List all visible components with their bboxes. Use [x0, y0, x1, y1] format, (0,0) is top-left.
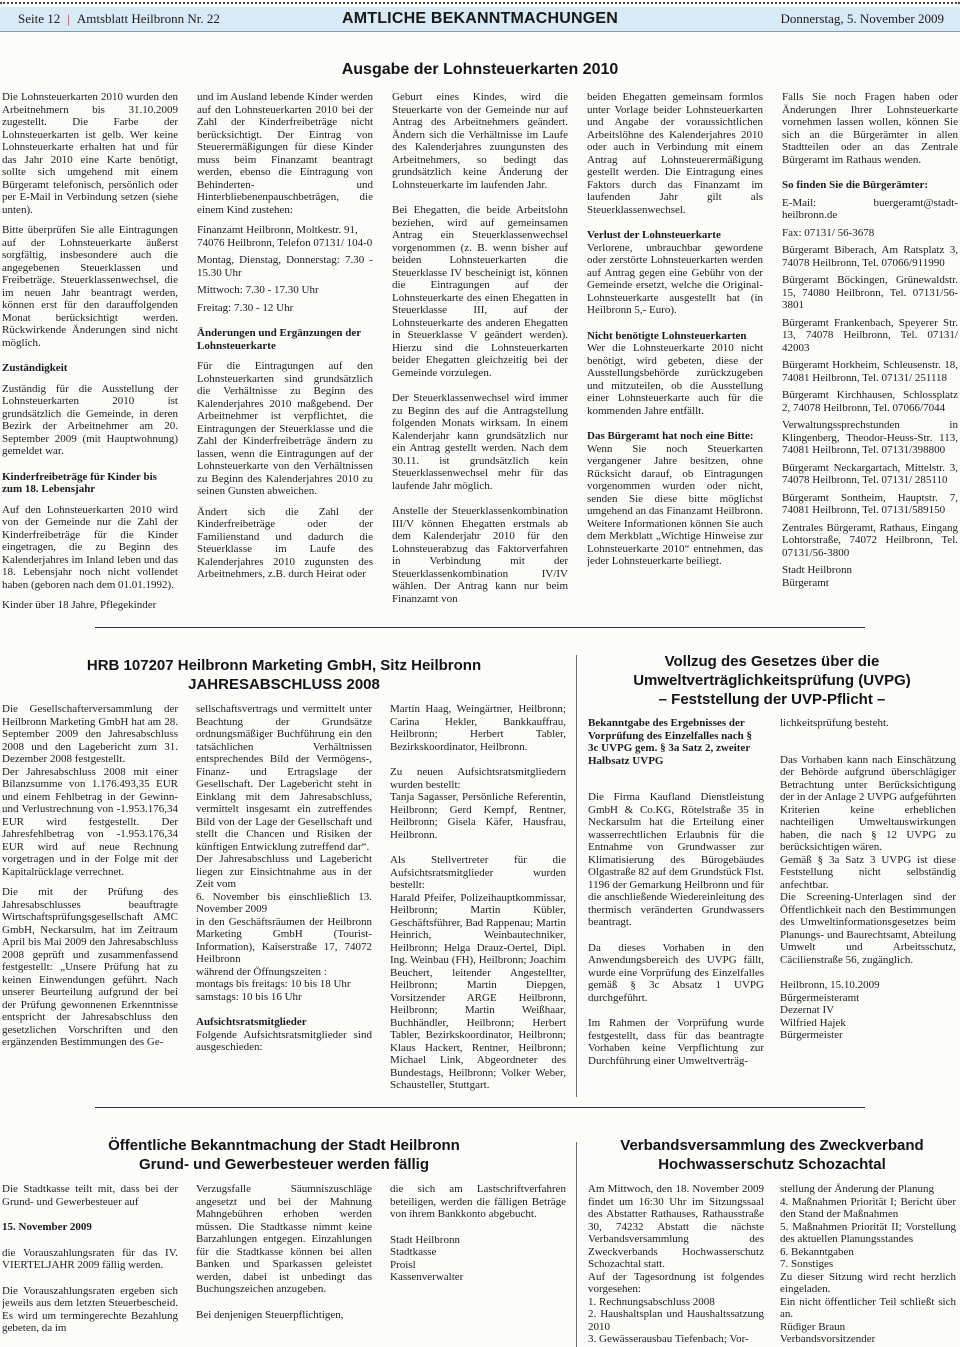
- article-title-line1: Öffentliche Bekanntmachung der Stadt Hei…: [2, 1136, 566, 1155]
- signature-line: Stadt Heilbronn: [390, 1234, 566, 1247]
- article-columns: Die Lohnsteuerkarten 2010 wurden den Arb…: [2, 91, 958, 621]
- paragraph: Bitte überprüfen Sie alle Eintragungen a…: [2, 224, 178, 349]
- office-entry: Zentrales Bürgeramt, Rathaus, Eingang Lo…: [782, 522, 958, 560]
- signature-line: Kassenverwalter: [390, 1271, 566, 1284]
- address-line: Finanzamt Heilbronn, Moltkestr. 91,: [197, 224, 373, 237]
- paragraph: Die Lohnsteuerkarten 2010 wurden den Arb…: [2, 91, 178, 216]
- subheading: Änderungen und Ergänzungen der Lohnsteue…: [197, 327, 373, 352]
- signature-line: Heilbronn, 15.10.2009: [780, 979, 956, 992]
- article-title-line1: Verbandsversammlung des Zweckverband: [588, 1136, 956, 1155]
- paragraph: Falls Sie noch Fragen haben oder Änderun…: [782, 91, 958, 166]
- paragraph: Zuständig für die Ausstellung der Lohnst…: [2, 383, 178, 458]
- signature-line: Bürgeramt: [782, 577, 958, 590]
- office-entry: Bürgeramt Frankenbach, Speyerer Str. 13,…: [782, 317, 958, 355]
- paragraph: Die Stadtkasse teilt mit, dass bei der G…: [2, 1183, 178, 1208]
- paragraph: Anstelle der Steuerklassenkombination II…: [392, 505, 568, 605]
- paragraph: Tanja Sagasser, Persönliche Referentin, …: [390, 791, 566, 841]
- office-entry: Verwaltungssprechstunden in Klingenberg,…: [782, 419, 958, 457]
- paragraph: Harald Pfeifer, Polizeihauptkommissar, H…: [390, 892, 566, 1092]
- opening-hours: samstags: 10 bis 16 Uhr: [196, 991, 372, 1004]
- paragraph: Geburt eines Kindes, wird die Steuerkart…: [392, 91, 568, 191]
- paragraph: Da dieses Vorhaben in den Anwendungsbere…: [588, 942, 764, 1005]
- paragraph: Das Vorhaben kann nach Einschätzung der …: [780, 754, 956, 854]
- office-entry: Bürgeramt Horkheim, Schleusenstr. 18, 74…: [782, 359, 958, 384]
- column-2: stellung der Änderung der Planung 4. Maß…: [780, 1183, 956, 1347]
- subheading: Aufsichtsratsmitglieder: [196, 1016, 372, 1029]
- article-lohnsteuerkarten: Ausgabe der Lohnsteuerkarten 2010 Die Lo…: [2, 60, 958, 621]
- signature-line: Proisl: [390, 1259, 566, 1272]
- article-title: Ausgabe der Lohnsteuerkarten 2010: [2, 60, 958, 80]
- paragraph: Kinder über 18 Jahre, Pflegekinder: [2, 599, 178, 612]
- paragraph: Der Jahresabschluss und Lagebericht lieg…: [196, 853, 372, 891]
- article-columns: Am Mittwoch, den 18. November 2009 finde…: [588, 1183, 956, 1347]
- contact-line: Fax: 07131/ 56-3678: [782, 227, 958, 240]
- column-2: sellschaftsvertrags und vermittelt unter…: [196, 703, 372, 1105]
- paragraph: Am Mittwoch, den 18. November 2009 finde…: [588, 1183, 764, 1271]
- article-title-block: Verbandsversammlung des Zweckverband Hoc…: [588, 1136, 956, 1174]
- paragraph: Gemäß § 3a Satz 3 UVPG ist diese Festste…: [780, 854, 956, 892]
- paragraph: in den Geschäftsräumen der Heilbronn Mar…: [196, 916, 372, 966]
- signature-line: Stadt Heilbronn: [782, 564, 958, 577]
- paragraph: Auf der Tagesordnung ist folgendes vorge…: [588, 1271, 764, 1296]
- signature-line: Dezernat IV: [780, 1004, 956, 1017]
- article-title-line2: Hochwasserschutz Schozachtal: [588, 1155, 956, 1174]
- article-title-block: HRB 107207 Heilbronn Marketing GmbH, Sit…: [2, 656, 566, 694]
- column-1: Die Gesellschafterversammlung der Heilbr…: [2, 703, 178, 1105]
- article-columns: Die Gesellschafterversammlung der Heilbr…: [2, 703, 566, 1105]
- vertical-rule: [576, 655, 577, 1097]
- agenda-item: stellung der Änderung der Planung: [780, 1183, 956, 1196]
- office-entry: Bürgeramt Neckargartach, Mittelstr. 3, 7…: [782, 462, 958, 487]
- article-title-line1: Vollzug des Gesetzes über die: [588, 652, 956, 671]
- paragraph: sellschaftsvertrags und vermittelt unter…: [196, 703, 372, 853]
- paragraph: Wer die Lohnsteuerkarte 2010 nicht benöt…: [587, 342, 763, 417]
- paragraph: Zu dieser Sitzung wird recht herzlich ei…: [780, 1271, 956, 1296]
- date-label: Donnerstag, 5. November 2009: [780, 11, 944, 27]
- article-title-line2: Grund- und Gewerbesteuer werden fällig: [2, 1155, 566, 1174]
- due-date: 15. November 2009: [2, 1221, 178, 1234]
- article-title-block: Öffentliche Bekanntmachung der Stadt Hei…: [2, 1136, 566, 1174]
- column-2: Verzugsfalle Säumniszuschläge angesetzt …: [196, 1183, 372, 1347]
- column-5: Falls Sie noch Fragen haben oder Änderun…: [782, 91, 958, 621]
- opening-hours: Montag, Dienstag, Donnerstag: 7.30 - 15.…: [197, 254, 373, 279]
- paragraph: und im Ausland lebende Kinder werden auf…: [197, 91, 373, 216]
- subheading: Kinderfreibeträge für Kinder bis zum 18.…: [2, 471, 178, 496]
- article-jahresabschluss: HRB 107207 Heilbronn Marketing GmbH, Sit…: [2, 656, 566, 1105]
- horizontal-rule: [95, 1107, 865, 1108]
- article-columns: Die Stadtkasse teilt mit, dass bei der G…: [2, 1183, 566, 1347]
- paragraph: Die mit der Prüfung des Jahresabschlusse…: [2, 886, 178, 1049]
- office-entry: Bürgeramt Böckingen, Grünewaldstr. 15, 7…: [782, 274, 958, 312]
- address-line: 74076 Heilbronn, Telefon 07131/ 104-0: [197, 237, 373, 250]
- paragraph: Martin Haag, Weingärtner, Heilbronn; Car…: [390, 703, 566, 753]
- article-title-block: Vollzug des Gesetzes über die Umweltvert…: [588, 652, 956, 709]
- paragraph: Im Rahmen der Vorprüfung wurde festgeste…: [588, 1017, 764, 1067]
- date-range-line: 6. November bis einschließlich 13. Novem…: [196, 891, 372, 916]
- paragraph: Der Jahresabschluss 2008 mit einer Bilan…: [2, 766, 178, 879]
- paragraph: beiden Ehegatten gemeinsam formlos unter…: [587, 91, 763, 216]
- page-header-band: Seite 12|Amtsblatt Heilbronn Nr. 22 AMTL…: [0, 7, 960, 32]
- agenda-item: 4. Maßnahmen Priorität I; Bericht über d…: [780, 1196, 956, 1221]
- office-entry: Bürgeramt Kirchhausen, Schlossplatz 2, 7…: [782, 389, 958, 414]
- paragraph: die Vorauszahlungsraten für das IV. VIER…: [2, 1247, 178, 1272]
- subheading: Bekanntgabe des Ergebnisses der Vorprüfu…: [588, 717, 764, 767]
- paragraph: Ändert sich die Zahl der Kinderfreibeträ…: [197, 506, 373, 581]
- opening-hours: während der Öffnungszeiten :: [196, 966, 372, 979]
- subheading: So finden Sie die Bürgerämter:: [782, 179, 958, 192]
- column-2: und im Ausland lebende Kinder werden auf…: [197, 91, 373, 621]
- office-entry: Bürgeramt Biberach, Am Ratsplatz 3, 7407…: [782, 244, 958, 269]
- paragraph: Verzugsfalle Säumniszuschläge angesetzt …: [196, 1183, 372, 1296]
- article-verbandsversammlung: Verbandsversammlung des Zweckverband Hoc…: [588, 1136, 956, 1347]
- agenda-item: 6. Bekanntgaben: [780, 1246, 956, 1259]
- article-title-line1: HRB 107207 Heilbronn Marketing GmbH, Sit…: [2, 656, 566, 675]
- article-uvpg: Vollzug des Gesetzes über die Umweltvert…: [588, 652, 956, 1105]
- signature-line: Rüdiger Braun: [780, 1321, 956, 1334]
- paragraph: Der Steuerklassenwechsel wird immer zu B…: [392, 392, 568, 492]
- opening-hours: Freitag: 7.30 - 12 Uhr: [197, 302, 373, 315]
- column-1: Bekanntgabe des Ergebnisses der Vorprüfu…: [588, 717, 764, 1105]
- agenda-item: 1. Rechnungsabschluss 2008: [588, 1296, 764, 1309]
- paragraph: Die Firma Kaufland Dienstleistung GmbH &…: [588, 791, 764, 929]
- signature-line: Verbandsvorsitzender: [780, 1333, 956, 1346]
- column-2: lichkeitsprüfung besteht. Das Vorhaben k…: [780, 717, 956, 1105]
- paragraph: Zu neuen Aufsichtsratsmitgliedern wurden…: [390, 766, 566, 791]
- contact-line: E-Mail: buergeramt@stadt-heilbronn.de: [782, 197, 958, 222]
- column-4: beiden Ehegatten gemeinsam formlos unter…: [587, 91, 763, 621]
- vertical-rule: [576, 1142, 577, 1347]
- signature-line: Stadtkasse: [390, 1246, 566, 1259]
- paragraph: lichkeitsprüfung besteht.: [780, 717, 956, 730]
- paragraph: Wenn Sie noch Steuerkarten vergangener J…: [587, 443, 763, 568]
- signature-line: Bürgermeister: [780, 1029, 956, 1042]
- paragraph: Ein nicht öffentlicher Teil schließt sic…: [780, 1296, 956, 1321]
- article-steuer-faellig: Öffentliche Bekanntmachung der Stadt Hei…: [2, 1136, 566, 1347]
- agenda-item: 7. Sonstiges: [780, 1258, 956, 1271]
- opening-hours: montags bis freitags: 10 bis 18 Uhr: [196, 978, 372, 991]
- column-3: die sich am Lastschriftverfahren beteili…: [390, 1183, 566, 1347]
- column-1: Die Lohnsteuerkarten 2010 wurden den Arb…: [2, 91, 178, 621]
- column-1: Am Mittwoch, den 18. November 2009 finde…: [588, 1183, 764, 1347]
- agenda-item: 3. Gewässerausbau Tiefenbach; Vor-: [588, 1333, 764, 1346]
- column-3: Martin Haag, Weingärtner, Heilbronn; Car…: [390, 703, 566, 1105]
- column-3: Geburt eines Kindes, wird die Steuerkart…: [392, 91, 568, 621]
- subheading: Verlust der Lohnsteuerkarte: [587, 229, 763, 242]
- signature-line: Wilfried Hajek: [780, 1017, 956, 1030]
- paragraph: Die Vorauszahlungsraten ergeben sich jew…: [2, 1285, 178, 1335]
- paragraph: Für die Eintragungen auf den Lohnsteuerk…: [197, 360, 373, 498]
- subheading: Das Bürgeramt hat noch eine Bitte:: [587, 430, 763, 443]
- column-1: Die Stadtkasse teilt mit, dass bei der G…: [2, 1183, 178, 1347]
- agenda-item: 5. Maßnahmen Priorität II; Vorstellung d…: [780, 1221, 956, 1246]
- article-title-line3: – Feststellung der UVP-Pflicht –: [588, 690, 956, 709]
- paragraph: Auf den Lohnsteuerkarten 2010 wird von d…: [2, 504, 178, 592]
- horizontal-rule: [95, 627, 865, 628]
- article-title-line2: Umweltverträglichkeitsprüfung (UVPG): [588, 671, 956, 690]
- paragraph: Als Stellvertreter für die Aufsichtsrats…: [390, 854, 566, 892]
- paragraph: Bei Ehegatten, die beide Arbeitslohn bez…: [392, 204, 568, 379]
- subheading: Nicht benötigte Lohnsteuerkarten: [587, 330, 763, 343]
- paragraph: Folgende Aufsichtsratsmitglieder sind au…: [196, 1029, 372, 1054]
- article-title-line2: JAHRESABSCHLUSS 2008: [2, 675, 566, 694]
- agenda-item: 2. Haushaltsplan und Haushaltssatzung 20…: [588, 1308, 764, 1333]
- dotted-rule: [0, 2, 960, 4]
- signature-line: Bürgermeisteramt: [780, 992, 956, 1005]
- office-entry: Bürgeramt Sontheim, Hauptstr. 7, 74081 H…: [782, 492, 958, 517]
- subheading: Zuständigkeit: [2, 362, 178, 375]
- article-columns: Bekanntgabe des Ergebnisses der Vorprüfu…: [588, 717, 956, 1105]
- paragraph: Die Gesellschafterversammlung der Heilbr…: [2, 703, 178, 766]
- paragraph: die sich am Lastschriftverfahren beteili…: [390, 1183, 566, 1221]
- paragraph: Verlorene, unbrauchbar gewordene oder ze…: [587, 242, 763, 317]
- paragraph: Bei denjenigen Steuerpflichtigen,: [196, 1309, 372, 1322]
- opening-hours: Mittwoch: 7.30 - 17.30 Uhr: [197, 284, 373, 297]
- paragraph: Die Screening-Unterlagen sind der Öffent…: [780, 891, 956, 966]
